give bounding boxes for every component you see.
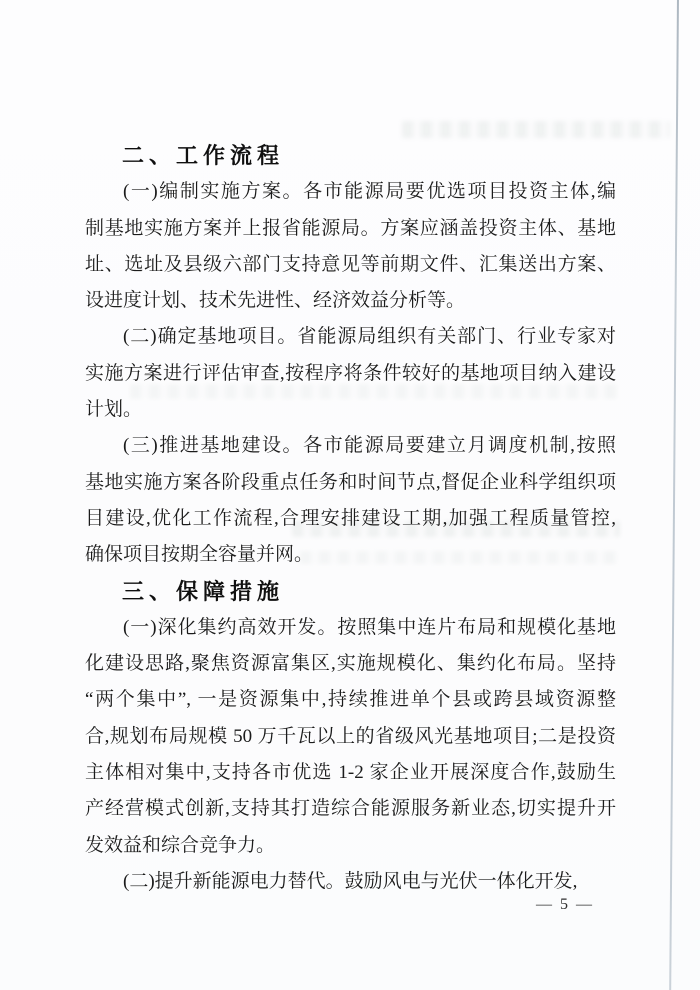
paragraph-line: 址、选址及县级六部门支持意见等前期文件、汇集送出方案、建 (85, 247, 616, 283)
page-number: — 5 — (528, 894, 602, 916)
scan-page-edge (669, 0, 679, 990)
paragraph-line: 合,规划布局规模 50 万千瓦以上的省级风光基地项目;二是投资 (85, 719, 616, 755)
paragraph-line: (一)编制实施方案。各市能源局要优选项目投资主体,编 (85, 174, 616, 210)
paragraph-line: (一)深化集约高效开发。按照集中连片布局和规模化基地 (85, 610, 616, 646)
paragraph-line: 设进度计划、技术先进性、经济效益分析等。 (85, 283, 616, 319)
paragraph-line: (三)推进基地建设。各市能源局要建立月调度机制,按照 (85, 428, 616, 464)
ink-bleed-artifact (402, 121, 670, 138)
scanned-document-page: 二、工作流程 (一)编制实施方案。各市能源局要优选项目投资主体,编 制基地实施方… (0, 0, 700, 990)
paragraph-line: 主体相对集中,支持各市优选 1-2 家企业开展深度合作,鼓励生 (85, 755, 616, 791)
paragraph-line: 化建设思路,聚焦资源富集区,实施规模化、集约化布局。坚持 (85, 646, 616, 682)
paragraph-line: 目建设,优化工作流程,合理安排建设工期,加强工程质量管控, (85, 501, 616, 537)
paragraph-line: 产经营模式创新,支持其打造综合能源服务新业态,切实提升开 (85, 791, 616, 827)
paragraph-line: 制基地实施方案并上报省能源局。方案应涵盖投资主体、基地选 (85, 211, 616, 247)
paragraph-line: “两个集中”, 一是资源集中,持续推进单个县或跨县域资源整 (85, 682, 616, 718)
section-heading: 二、工作流程 (85, 138, 616, 174)
paragraph-line: (二)确定基地项目。省能源局组织有关部门、行业专家对 (85, 319, 616, 355)
paragraph-line: 基地实施方案各阶段重点任务和时间节点,督促企业科学组织项 (85, 465, 616, 501)
paragraph-line: 计划。 (85, 392, 616, 428)
section-heading: 三、保障措施 (85, 574, 616, 610)
paragraph-line: 确保项目按期全容量并网。 (85, 537, 616, 573)
paragraph-line: 实施方案进行评估审查,按程序将条件较好的基地项目纳入建设 (85, 356, 616, 392)
paragraph-line: 发效益和综合竞争力。 (85, 828, 616, 864)
document-body: 二、工作流程 (一)编制实施方案。各市能源局要优选项目投资主体,编 制基地实施方… (85, 138, 616, 900)
